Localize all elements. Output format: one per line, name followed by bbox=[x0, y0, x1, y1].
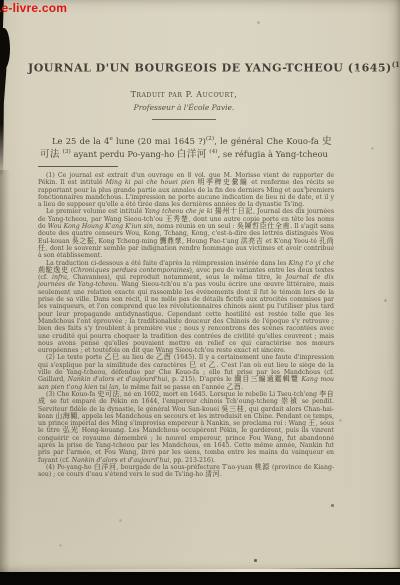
text-segment: et bbox=[197, 362, 208, 369]
text-segment: . Wang Sieou-tch'ou n'a pas voulu écrire… bbox=[38, 281, 334, 354]
chinese-text: 綱目三編通鑑輯覽 bbox=[234, 375, 299, 383]
text-segment: Wou Kong Houng K'ang K'iun sin bbox=[48, 223, 153, 230]
watermark: Le-livre.com bbox=[0, 1, 67, 15]
text-segment: Ming ki pai che houei pien bbox=[106, 179, 195, 186]
chinese-text: 白洋河 bbox=[177, 149, 207, 160]
paper-specks bbox=[0, 0, 1, 1]
text-segment: , Kong Tcheng-ming bbox=[94, 238, 159, 245]
chinese-text: 白洋河 bbox=[94, 463, 117, 471]
text-segment: , se réfugia à Yang-tcheou bbox=[218, 149, 328, 159]
chinese-text: 弘光 bbox=[63, 426, 79, 434]
header-divider bbox=[152, 119, 216, 120]
body-paragraph: Le 25 de la 4e lune (20 mai 1645 ?)(2), … bbox=[40, 134, 332, 160]
text-segment: au lieu de bbox=[120, 354, 156, 361]
chinese-text: 明季稗史彙編 bbox=[197, 178, 248, 186]
text-segment: , Houng Pao-t'ang bbox=[182, 238, 241, 245]
text-segment: , p. 215). D'après le bbox=[167, 376, 234, 383]
text-segment: , pp. 213-216). bbox=[169, 457, 215, 464]
page-header: JOURNAL D'UN BOURGEOIS DE YANG-TCHEOU (1… bbox=[28, 60, 340, 120]
text-segment: (4) Po-yang-ho bbox=[46, 464, 94, 471]
text-segment: , le même fait se passe en l'année bbox=[119, 384, 227, 391]
chinese-text: 荊駝逸史 bbox=[38, 266, 69, 274]
footnote-paragraph: (1) Ce journal est extrait d'un ouvrage … bbox=[38, 172, 334, 208]
footnote-paragraph: (4) Po-yang-ho 白洋河, bourgade de la sous-… bbox=[38, 464, 334, 479]
text-segment: . bbox=[220, 471, 222, 478]
text-segment: , dont le souvenir semble par indignatio… bbox=[38, 245, 334, 259]
chinese-text: 乙巳 bbox=[104, 353, 120, 361]
chinese-text: 山海關 bbox=[55, 412, 78, 420]
chinese-text: 乙酉 bbox=[226, 383, 241, 391]
chinese-text: 桃源 bbox=[255, 463, 270, 471]
footnote-paragraph: Le premier volume est intitulé Yang tche… bbox=[38, 208, 334, 259]
text-segment: . bbox=[241, 384, 243, 391]
text-segment: , appela les Mandchous en secours et les… bbox=[38, 413, 334, 427]
chinese-text: 吳之振 bbox=[72, 237, 95, 245]
text-segment: infra bbox=[52, 274, 67, 281]
chinese-text: 清河 bbox=[205, 470, 220, 478]
scanned-page: Le-livre.com JOURNAL D'UN BOURGEOIS DE Y… bbox=[0, 0, 400, 585]
chinese-text: 史可法 bbox=[97, 390, 120, 398]
title-text: JOURNAL D'UN BOURGEOIS DE YANG-TCHEOU (1… bbox=[28, 62, 392, 75]
text-segment: Nankin d'alors et d'aujourd'hui bbox=[72, 457, 170, 464]
page-title: JOURNAL D'UN BOURGEOIS DE YANG-TCHEOU (1… bbox=[28, 60, 340, 75]
translator-affiliation: Professeur à l'École Pavie. bbox=[28, 103, 340, 112]
text-segment: Le 25 de la 4 bbox=[52, 136, 109, 146]
text-segment: Chroniques perdues contemporaines bbox=[73, 267, 189, 274]
chinese-text: 洪亮吉 bbox=[241, 237, 264, 245]
footnote-paragraph: La traduction ci-dessous a été faite d'a… bbox=[38, 260, 334, 355]
text-segment: La traduction ci-dessous a été faite d'a… bbox=[46, 260, 289, 267]
text-segment: ayant perdu Po-yang-ho bbox=[71, 149, 177, 159]
footnote-paragraph: (3) Che Kouo-fa 史可法, né en 1602, mort en… bbox=[38, 391, 334, 464]
footnote-separator bbox=[38, 166, 118, 167]
text-segment: , le général Che Kouo-fa bbox=[214, 136, 322, 146]
text-segment: Nankin d'alors et d'aujourd'hui bbox=[68, 376, 168, 383]
text-segment: King t'o yi che bbox=[289, 260, 334, 267]
chinese-text: 龔鼎孳 bbox=[159, 237, 182, 245]
footnotes-block: (1) Ce journal est extrait d'un ouvrage … bbox=[38, 172, 334, 478]
text-segment: , noms réunis en un seul : bbox=[153, 223, 237, 230]
text-segment: Le premier volume est intitulé bbox=[46, 208, 145, 215]
chinese-text: 王秀楚 bbox=[165, 215, 189, 223]
text-segment: et K'ong Yeou-té bbox=[263, 238, 319, 245]
chinese-text: 揚州十日記 bbox=[215, 207, 253, 215]
text-segment: , Chavannes), qui reproduit notamment, s… bbox=[67, 274, 286, 281]
chinese-text: 王 bbox=[308, 419, 316, 427]
translator-byline: Traduit par P. Aucourt, bbox=[28, 90, 340, 99]
chinese-text: 乙酉 bbox=[156, 353, 172, 361]
text-segment: lune (20 mai 1645 ?) bbox=[113, 136, 206, 146]
text-segment: (3) bbox=[62, 149, 70, 155]
text-segment: (4) bbox=[209, 149, 217, 155]
text-segment: se fut emparé de Pékin en 1644, l'empere… bbox=[47, 398, 281, 405]
text-segment: (3) Che Kouo-fa bbox=[46, 391, 97, 398]
chinese-text: 吳三桂 bbox=[221, 405, 244, 413]
chinese-text: 崇禎 bbox=[281, 397, 298, 405]
chinese-text: 巳 bbox=[189, 361, 197, 369]
text-segment: (2) Le texte porte bbox=[46, 354, 104, 361]
text-segment: , bourgade de la sous-préfecture T'ao-yu… bbox=[117, 464, 255, 471]
scan-bottom-edge bbox=[0, 572, 400, 585]
chinese-text: 乙 bbox=[209, 361, 217, 369]
title-footnote-marker: (1) bbox=[392, 60, 400, 69]
page-crease bbox=[0, 170, 10, 573]
chinese-text: 吳陳哲臣仕全甫 bbox=[237, 222, 290, 230]
footnote-paragraph: (2) Le texte porte 乙巳 au lieu de 乙酉 (164… bbox=[38, 354, 334, 390]
text-segment: (2) bbox=[206, 136, 214, 142]
